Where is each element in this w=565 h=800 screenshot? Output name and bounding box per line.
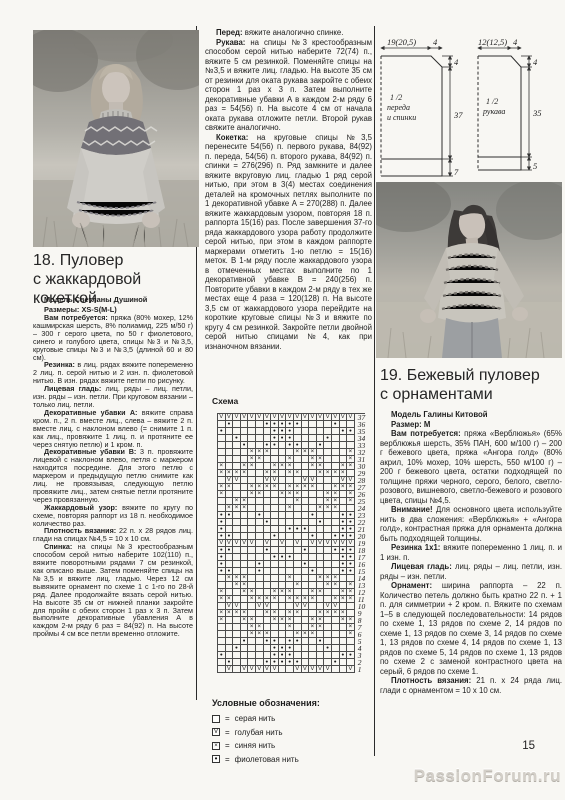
chart-cell [324,631,332,638]
chart-cell [264,435,272,442]
chart-cell [317,491,325,498]
article-18-continued-body: Перед: вяжите аналогично спинке.Рукава: … [205,28,372,351]
chart-cell [241,624,249,631]
chart-cell: × [226,470,234,477]
chart-cell [279,505,287,512]
chart-cell [324,659,332,666]
chart-cell [264,463,272,470]
chart-cell [241,491,249,498]
chart-cell: × [279,589,287,596]
chart-cell: × [233,470,241,477]
chart-cell: × [286,624,294,631]
chart-cell: • [294,659,302,666]
chart-row: ××××××××××××29 [218,470,365,477]
chart-cell [294,624,302,631]
chart-cell: × [347,449,355,456]
page-number: 15 [522,740,535,752]
chart-cell: × [286,491,294,498]
chart-cell [286,547,294,554]
chart-cell: • [279,428,287,435]
chart-cell [294,435,302,442]
chart-cell: • [309,568,317,575]
chart-cell [248,561,256,568]
chart-cell [264,456,272,463]
chart-cell: • [332,421,340,428]
chart-cell [302,624,310,631]
chart-cell: × [309,449,317,456]
chart-cell: × [324,470,332,477]
chart-cell [256,442,264,449]
chart-cell [286,519,294,526]
chart-cell [317,477,325,484]
chart-cell: × [286,505,294,512]
chart-cell: × [347,624,355,631]
chart-cell: × [241,617,249,624]
chart-cell [248,498,256,505]
chart-cell [264,582,272,589]
chart-cell: • [218,512,226,519]
chart-cell [286,631,294,638]
chart-cell [226,428,234,435]
chart-cell [340,498,348,505]
chart-cell: • [271,442,279,449]
chart-cell: × [302,484,310,491]
chart-cell [241,659,249,666]
chart-cell: × [218,463,226,470]
legend-label: голубая нить [235,728,283,737]
chart-row: ••••••33 [218,442,365,449]
chart-cell: • [264,638,272,645]
chart-cell [324,617,332,624]
chart-cell [218,645,226,652]
chart-cell: • [340,554,348,561]
chart-cell [302,463,310,470]
chart-cell: V [256,414,264,421]
chart-cell: V [324,603,332,610]
chart-cell [309,470,317,477]
chart-cell [332,512,340,519]
chart-cell [256,540,264,547]
chart-cell [233,631,241,638]
chart-cell: × [256,456,264,463]
chart-cell: • [271,533,279,540]
chart-cell: × [317,610,325,617]
chart-cell [294,561,302,568]
chart-cell [332,554,340,561]
chart-cell [226,631,234,638]
chart-cell [332,666,340,673]
chart-cell [241,512,249,519]
chart-cell [248,428,256,435]
chart-cell: • [286,659,294,666]
chart-row: VVVVVVVVVVVV1 [218,666,365,673]
chart-cell: • [218,533,226,540]
chart-cell: • [347,533,355,540]
chart-cell: × [233,498,241,505]
chart-cell [347,645,355,652]
chart-cell: × [302,631,310,638]
chart-cell [332,449,340,456]
chart-cell [324,512,332,519]
chart-cell [256,533,264,540]
chart-cell [279,666,287,673]
chart-cell: × [248,491,256,498]
chart-cell: × [279,463,287,470]
legend-label: серая нить [235,714,276,723]
paragraph: Лицевая гладь: лиц. ряды – лиц. петли, и… [380,562,562,581]
chart-cell: × [218,589,226,596]
chart-cell: × [233,505,241,512]
chart-cell [248,610,256,617]
chart-cell: × [226,610,234,617]
chart-cell [218,435,226,442]
chart-cell [324,589,332,596]
chart-cell [218,421,226,428]
chart-cell: × [218,491,226,498]
chart-cell: × [226,596,234,603]
chart-cell: • [271,554,279,561]
chart-cell [279,498,287,505]
chart-row: VVVVVVVVVVVVVVVVVV37 [218,414,365,421]
chart-cell [324,442,332,449]
chart-row: ×××××××××××××11 [218,596,365,603]
chart-cell: × [332,596,340,603]
chart-cell [241,652,249,659]
chart-cell [233,491,241,498]
chart-cell: × [309,624,317,631]
chart-cell [271,491,279,498]
chart-cell [256,659,264,666]
chart-cell [256,519,264,526]
chart-cell [294,575,302,582]
chart-cell [264,526,272,533]
chart-cell: × [256,491,264,498]
chart-cell: V [264,540,272,547]
chart-cell [340,491,348,498]
chart-cell [279,470,287,477]
chart-cell: × [332,470,340,477]
chart-cell: • [340,561,348,568]
chart-cell [233,596,241,603]
chart-cell [241,526,249,533]
chart-cell: × [271,589,279,596]
paragraph: Резинка: в лиц. рядах вяжите попеременно… [33,361,193,385]
chart-cell [294,477,302,484]
chart-cell [279,568,287,575]
chart-cell: • [309,533,317,540]
chart-cell: × [309,463,317,470]
chart-cell [248,435,256,442]
chart-cell [233,561,241,568]
chart-cell: V [226,666,234,673]
chart-cell: V [271,477,279,484]
chart-cell: × [340,470,348,477]
chart-cell [286,498,294,505]
chart-cell: × [324,610,332,617]
chart-cell: × [286,484,294,491]
chart-cell: V [256,603,264,610]
chart-cell [256,547,264,554]
chart-cell: × [294,484,302,491]
chart-cell [226,491,234,498]
chart-cell: • [218,428,226,435]
chart-cell: • [340,568,348,575]
chart-cell: • [286,526,294,533]
chart-cell: V [248,540,256,547]
chart-cell: V [347,666,355,673]
chart-cell [317,645,325,652]
chart-cell: • [226,568,234,575]
paragraph: Вам потребуется: пряжа «Верблюжья» (65% … [380,429,562,505]
chart-cell [309,498,317,505]
chart-cell: × [286,575,294,582]
chart-cell: × [294,582,302,589]
chart-cell: • [286,554,294,561]
chart-cell: • [340,519,348,526]
chart-cell [226,645,234,652]
chart-cell [332,568,340,575]
chart-cell: V [294,603,302,610]
chart-cell [241,477,249,484]
chart-cell: × [248,484,256,491]
chart-cell [264,428,272,435]
chart-cell [309,659,317,666]
paragraph: Декоративные убавки А: вяжите справа кро… [33,409,193,449]
chart-cell [248,477,256,484]
chart-cell: • [279,421,287,428]
chart-cell: • [271,659,279,666]
chart-cell: × [286,470,294,477]
chart-cell [256,428,264,435]
chart-cell: V [241,540,249,547]
chart-cell: • [324,435,332,442]
chart-row: •••••16 [218,561,365,568]
chart-cell [241,568,249,575]
chart-cell [279,596,287,603]
chart-cell: V [302,477,310,484]
chart-cell: × [264,449,272,456]
chart-cell [340,666,348,673]
chart-cell [317,568,325,575]
chart-cell [332,477,340,484]
chart-cell [317,512,325,519]
chart-cell [347,505,355,512]
chart-cell [302,568,310,575]
chart-cell: × [248,589,256,596]
chart-label: Схема [212,396,238,406]
chart-cell: • [226,659,234,666]
chart-cell [218,624,226,631]
chart-cell: × [309,617,317,624]
chart-cell: V [294,540,302,547]
chart-cell [340,442,348,449]
chart-cell: × [271,596,279,603]
chart-cell: × [332,484,340,491]
chart-cell [241,645,249,652]
photo-pullover-18-illustration [33,30,199,247]
chart-cell [302,421,310,428]
chart-cell: V [309,414,317,421]
chart-cell [279,533,287,540]
chart-cell [271,498,279,505]
chart-cell [241,449,249,456]
chart-cell [340,449,348,456]
chart-cell [286,603,294,610]
dim-front-top: 4 [454,57,459,67]
chart-cell: V [226,414,234,421]
chart-cell [302,638,310,645]
chart-cell: × [340,484,348,491]
chart-cell [248,645,256,652]
article-19-model: Модель Галины Китовой [380,410,562,420]
chart-cell: × [241,505,249,512]
chart-cell: • [347,519,355,526]
chart-cell [286,540,294,547]
chart-cell [286,561,294,568]
chart-cell [233,638,241,645]
chart-cell [340,582,348,589]
article-18-continued-column: Перед: вяжите аналогично спинке.Рукава: … [205,28,372,394]
chart-cell: • [271,421,279,428]
chart-cell [271,456,279,463]
chart-cell [294,519,302,526]
chart-cell [309,582,317,589]
chart-cell: × [317,575,325,582]
chart-cell [324,624,332,631]
chart-cell: • [218,519,226,526]
chart-cell: × [241,575,249,582]
chart-cell: V [332,414,340,421]
chart-cell: V [286,414,294,421]
chart-cell [233,568,241,575]
chart-cell [340,456,348,463]
chart-cell [256,498,264,505]
chart-cell [302,652,310,659]
chart-cell [347,442,355,449]
chart-cell [279,547,287,554]
chart-cell: • [286,428,294,435]
chart-cell [317,547,325,554]
chart-cell: • [226,421,234,428]
chart-cell [309,561,317,568]
chart-cell: × [233,575,241,582]
chart-cell [233,547,241,554]
chart-cell: × [256,449,264,456]
chart-cell [302,519,310,526]
legend-equals: = [225,755,230,764]
legend-item: ×=синяя нить [212,741,362,750]
chart-cell: • [286,421,294,428]
chart-cell [264,624,272,631]
chart-cell [279,477,287,484]
chart-cell [218,575,226,582]
chart-cell: × [241,498,249,505]
chart-cell: • [294,421,302,428]
chart-cell: × [309,631,317,638]
chart-cell: V [347,477,355,484]
chart-cell [226,624,234,631]
chart-cell [271,526,279,533]
chart-cell [302,575,310,582]
chart-cell: × [241,610,249,617]
chart-cell: • [347,554,355,561]
dim-front-rib: 7 [454,167,459,177]
chart-cell [302,428,310,435]
chart-cell: V [317,540,325,547]
chart-cell: × [241,582,249,589]
chart-cell [294,617,302,624]
chart-cell [241,428,249,435]
chart-cell [271,519,279,526]
photo-pullover-19 [376,182,562,358]
paragraph: Декоративные убавки В: 3 п. провяжите ли… [33,448,193,503]
chart-cell: • [271,428,279,435]
chart-cell [256,505,264,512]
chart-cell: V [324,666,332,673]
paragraph: Жаккардовый узор: вяжите по кругу по схе… [33,504,193,528]
chart-cell [317,421,325,428]
dim-sleeve-width: 12(12,5) [478,37,507,47]
chart-row: ××××××××××30 [218,463,365,470]
chart-cell [233,449,241,456]
chart-cell [264,554,272,561]
chart-cell: × [271,610,279,617]
chart-cell [294,428,302,435]
legend-item: =серая нить [212,714,362,723]
chart-cell [317,428,325,435]
paragraph: Плотность вязания: 22 п. x 28 рядов лиц.… [33,527,193,543]
chart-cell: × [233,610,241,617]
chart-cell [241,533,249,540]
chart-cell: × [286,589,294,596]
chart-cell: × [286,456,294,463]
chart-cell: × [286,596,294,603]
chart-cell [233,526,241,533]
chart-cell [317,582,325,589]
chart-cell [317,498,325,505]
chart-cell [340,624,348,631]
chart-cell: • [332,659,340,666]
chart-cell [233,519,241,526]
chart-cell [279,582,287,589]
chart-cell [332,645,340,652]
chart-cell: × [271,463,279,470]
chart-cell: × [264,631,272,638]
chart-cell [264,561,272,568]
article-19-title: 19. Бежевый пуловер с орнаментами [380,366,562,404]
chart-cell [340,505,348,512]
chart-cell [233,512,241,519]
article-18-model: Модель Светланы Душиной [33,295,193,305]
chart-cell [302,582,310,589]
chart-cell: × [324,491,332,498]
chart-cell [264,652,272,659]
article-18-body: Вам потребуется: пряжа (80% мохер, 12% к… [33,314,193,638]
chart-cell: • [347,561,355,568]
chart-cell: V [294,666,302,673]
chart-cell [241,484,249,491]
chart-cell [286,568,294,575]
chart-cell [248,512,256,519]
chart-cell [347,435,355,442]
chart-cell: × [347,631,355,638]
chart-cell [256,470,264,477]
chart-cell [226,463,234,470]
chart-cell [340,575,348,582]
chart-cell: • [279,652,287,659]
chart-cell [286,512,294,519]
chart-cell: × [248,456,256,463]
